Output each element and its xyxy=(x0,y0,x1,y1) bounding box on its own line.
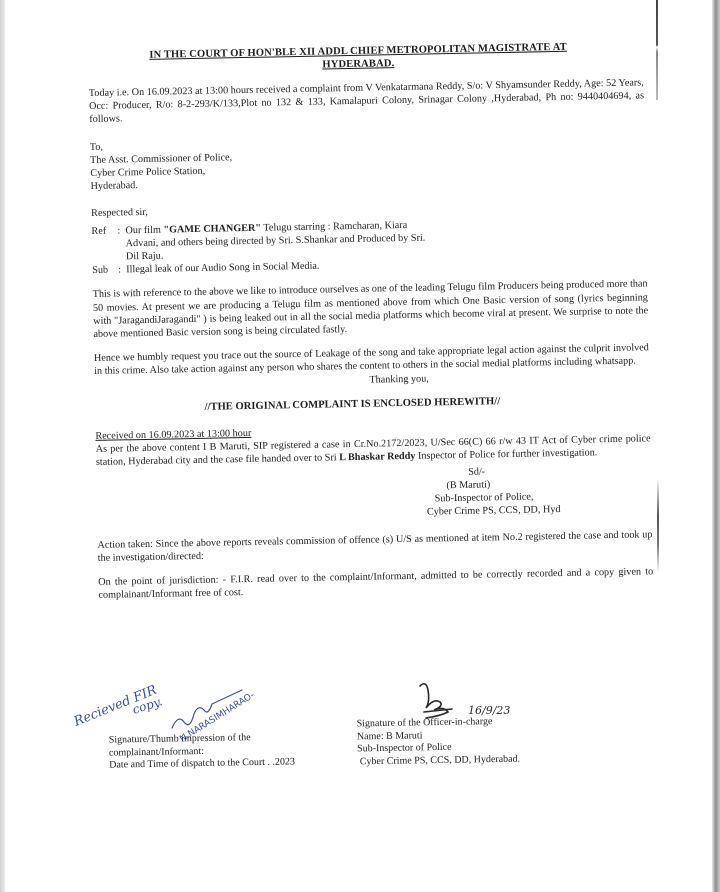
scan-fold-line-lower xyxy=(657,478,659,573)
officer-signature-block: Signature of the Officer-in-charge Name:… xyxy=(357,716,521,769)
investigating-officer: L Bhaskar Reddy xyxy=(339,451,415,463)
scan-fold-line xyxy=(656,0,658,100)
scan-left-edge xyxy=(0,0,5,892)
film-title: "GAME CHANGER" xyxy=(163,222,261,235)
complainant-signature-block: Signature/Thumb impression of the compla… xyxy=(109,731,295,772)
officer-station: Cyber Crime PS, CCS, DD, Hyderabad. xyxy=(357,753,520,768)
dispatch-date-line: Date and Time of dispatch to the Court .… xyxy=(109,757,295,773)
ref-text: Our film "GAME CHANGER" Telugu starring … xyxy=(125,218,426,263)
ref-label: Ref xyxy=(91,224,118,264)
fir-document: IN THE COURT OF HON'BLE XII ADDL CHIEF M… xyxy=(88,39,654,602)
scan-right-edge xyxy=(712,0,720,892)
sub-label: Sub xyxy=(92,264,118,278)
